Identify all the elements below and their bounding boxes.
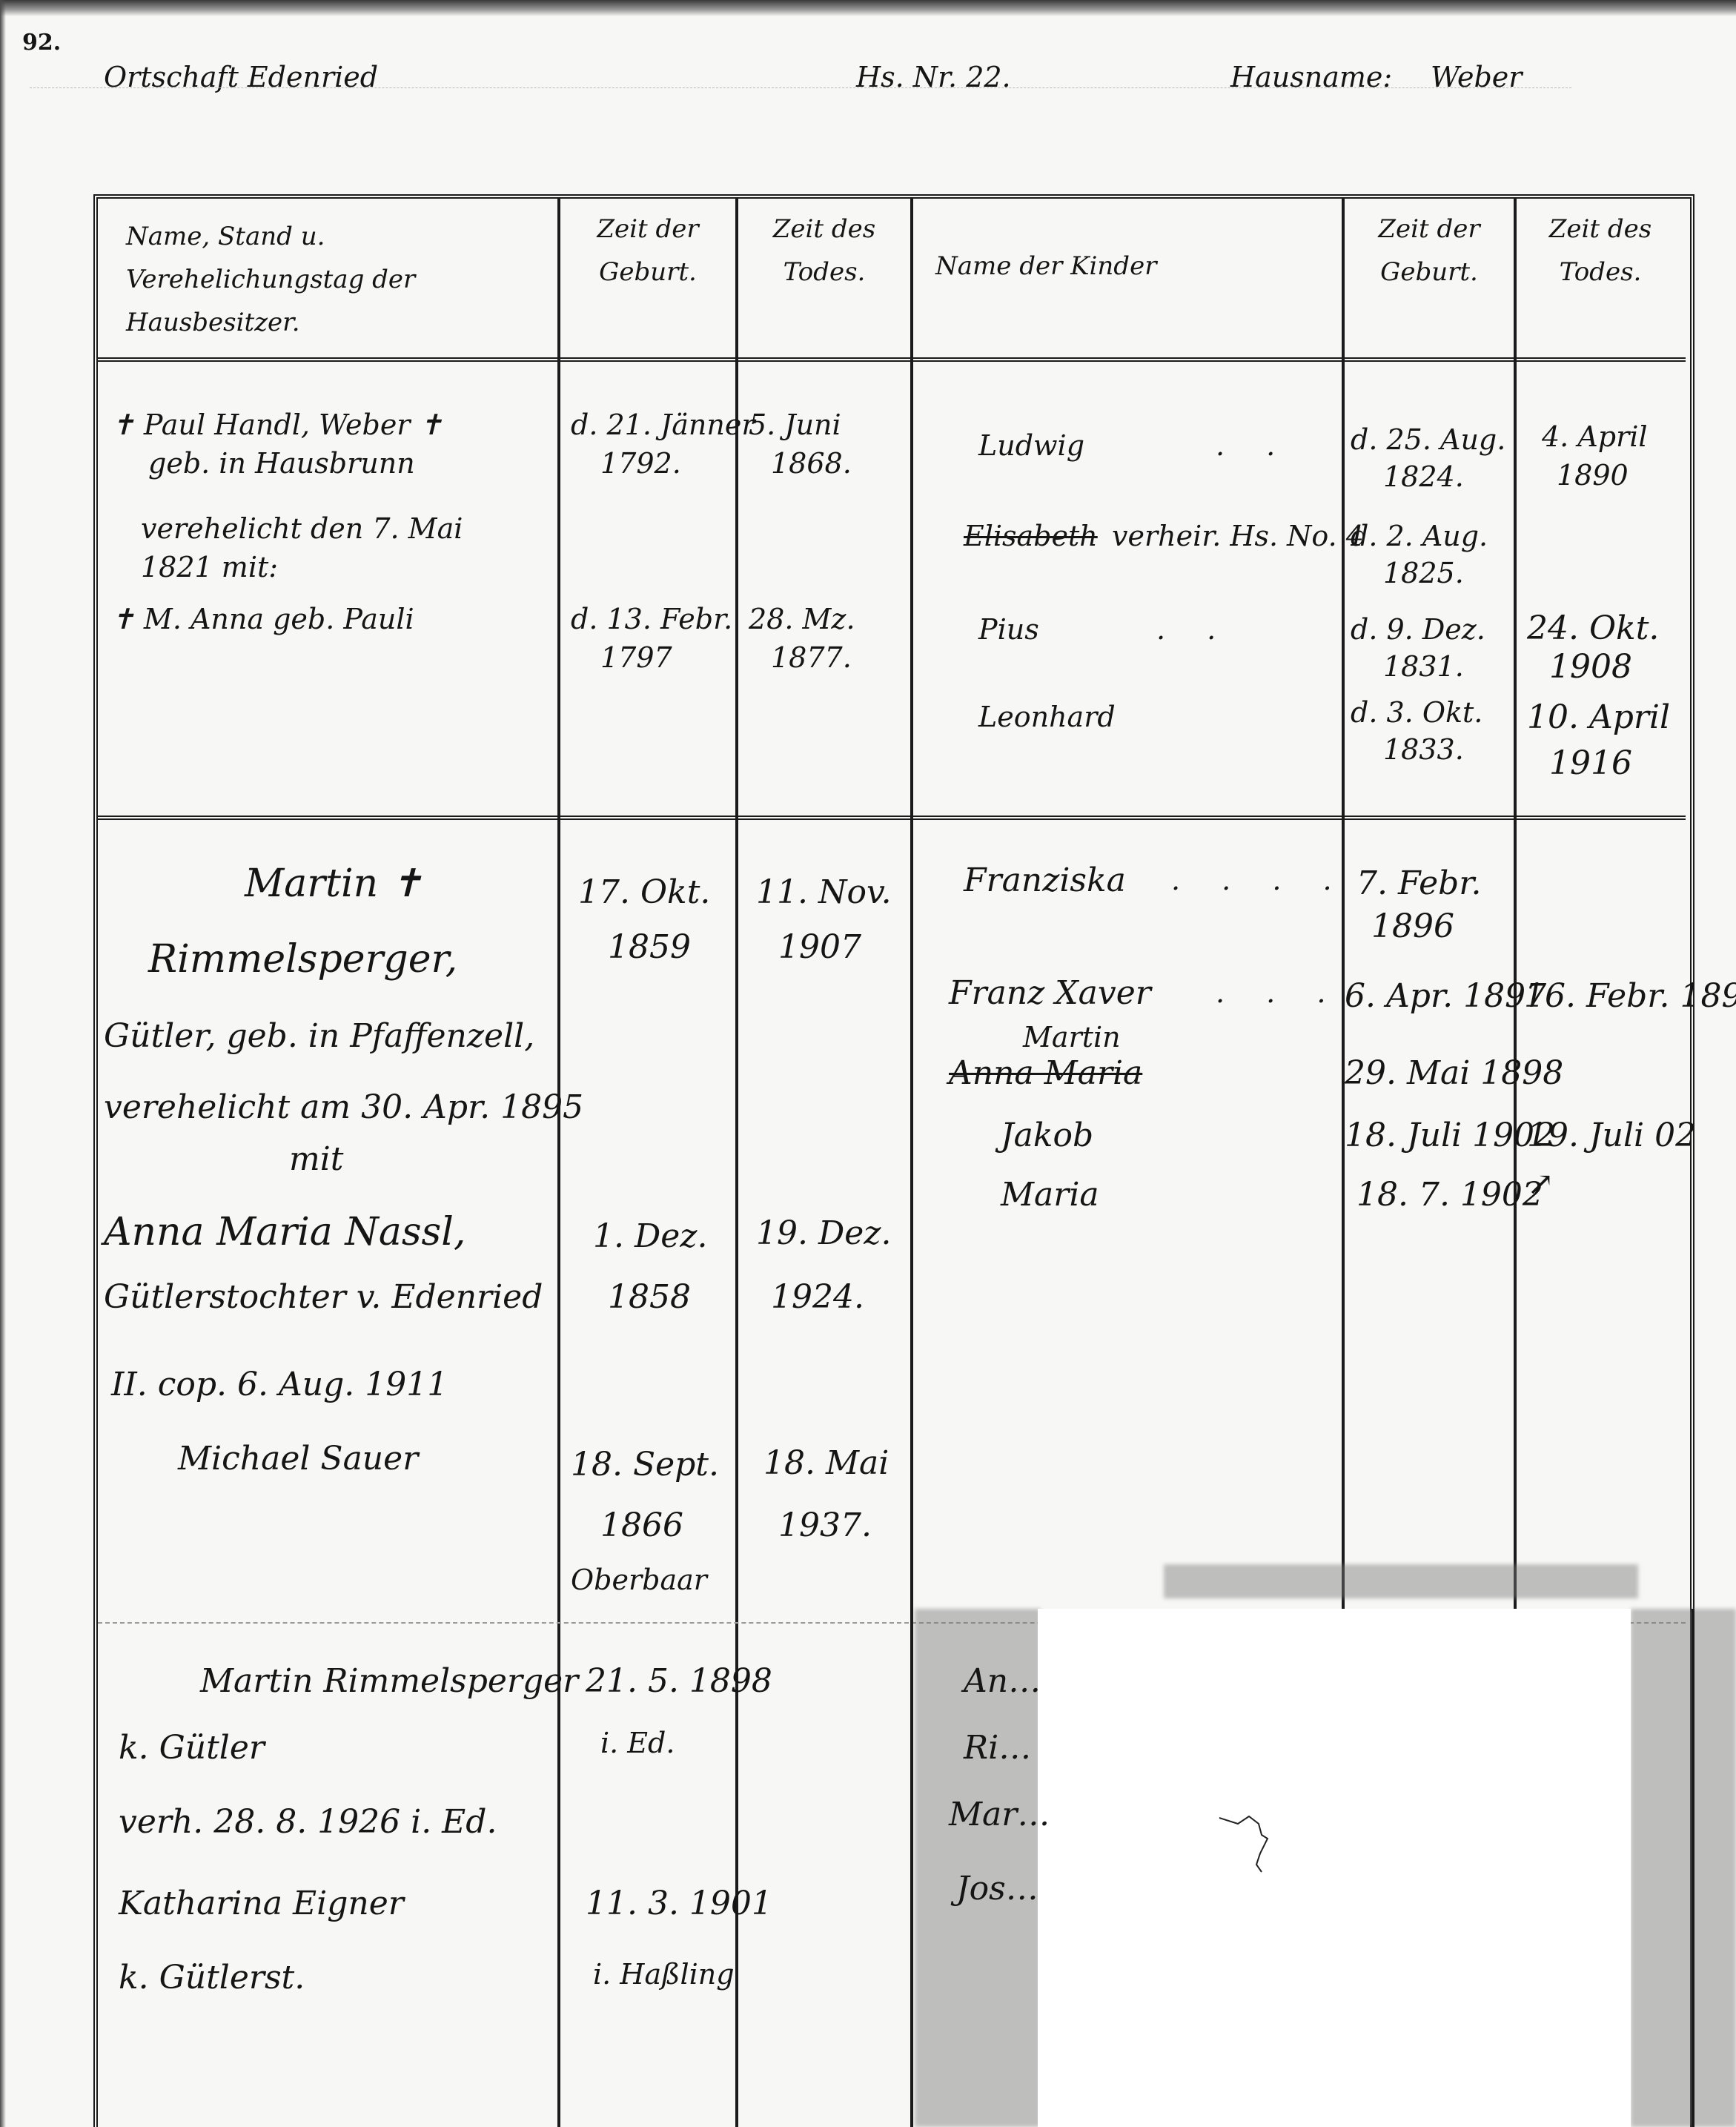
column-header-children: Name der Kinder <box>935 245 1336 288</box>
child-name-struck: Elisabeth <box>964 519 1098 555</box>
child-birth-year: 1825. <box>1383 556 1464 592</box>
owner-line: Anna Maria Nassl, <box>104 1208 466 1257</box>
owner-line: Katharina Eigner <box>119 1883 404 1924</box>
owner-line: verehelicht den 7. Mai <box>141 512 463 547</box>
spouse-birth-place: i. Haßling <box>593 1957 735 1993</box>
owner-line: k. Gütler <box>119 1727 265 1768</box>
child-name-partial: Ri… <box>964 1727 1031 1768</box>
owner-death: 19. Dez. <box>756 1213 891 1254</box>
child-death: 16. Febr. 1898. <box>1524 976 1736 1016</box>
child-dots: . . <box>1216 429 1291 464</box>
owner-line: 1821 mit: <box>141 550 278 586</box>
owner-line: Martin Rimmelsperger <box>200 1661 578 1701</box>
child-birth: d. 3. Okt. <box>1351 695 1482 731</box>
child-birth: 18. 7. 1902 <box>1356 1174 1543 1215</box>
owner-death: 18. Mai <box>763 1443 889 1483</box>
child-birth: d. 25. Aug. <box>1351 423 1505 458</box>
column-divider <box>910 199 913 1637</box>
child-death-arrow: ↗ <box>1527 1164 1554 1205</box>
owner-death-year: 1907 <box>778 927 861 967</box>
owner-line: Martin ✝ <box>245 860 423 908</box>
owner-line: mit <box>289 1139 343 1180</box>
child-birth: 6. Apr. 1897 <box>1345 976 1546 1016</box>
spouse-birth: 11. 3. 1901 <box>586 1883 772 1924</box>
child-name: Pius <box>978 612 1039 648</box>
owner-death: 28. Mz. <box>749 602 855 638</box>
child-death-year: 1908 <box>1549 646 1632 687</box>
child-name: Maria <box>1001 1174 1099 1215</box>
stray-mark <box>1216 1809 1290 1876</box>
scan-edge-left <box>0 0 6 2127</box>
covering-slip <box>1038 1609 1631 2127</box>
owner-line: verh. 28. 8. 1926 i. Ed. <box>119 1802 497 1842</box>
house-name-label: Hausname: <box>1230 61 1392 93</box>
owner-birth: 1. Dez. <box>593 1216 707 1257</box>
child-birth: d. 2. Aug. <box>1351 519 1488 555</box>
owner-line: ✝ Paul Handl, Weber ✝ <box>111 408 443 443</box>
owner-line: geb. in Hausbrunn <box>148 446 415 482</box>
child-birth: 7. Febr. <box>1356 863 1481 904</box>
child-name-partial: An… <box>964 1661 1041 1701</box>
child-dots: . . <box>1156 612 1232 648</box>
owner-line: Rimmelsperger, <box>148 936 457 984</box>
child-birth: d. 9. Dez. <box>1351 612 1485 648</box>
owner-birth: 18. Sept. <box>571 1444 719 1485</box>
child-birth: 18. Juli 1902 <box>1345 1115 1555 1156</box>
child-birth: 29. Mai 1898 <box>1345 1053 1563 1094</box>
owner-death: 5. Juni <box>749 408 841 443</box>
child-death: 24. Okt. <box>1527 608 1659 649</box>
header-rule <box>30 87 1571 88</box>
owner-death: 11. Nov. <box>756 872 892 913</box>
owner-death-year: 1924. <box>771 1277 864 1317</box>
column-header-children-death: Zeit des Todes. <box>1520 208 1681 294</box>
child-name-struck: Anna Maria <box>949 1053 1142 1094</box>
child-dots: . . . . <box>1171 863 1348 899</box>
owner-birth-year: 1792. <box>600 446 681 482</box>
child-birth-year: 1896 <box>1371 906 1454 947</box>
column-divider <box>557 199 560 2127</box>
owner-birth-year: 1858 <box>608 1277 691 1317</box>
owner-birth: 21. 5. 1898 <box>586 1661 772 1701</box>
house-name: Weber <box>1431 61 1522 93</box>
child-name: Franziska <box>964 860 1126 901</box>
column-header-owners: Name, Stand u. Verehelichungstag der Hau… <box>126 215 549 344</box>
child-name: Leonhard <box>978 700 1116 735</box>
scan-shadow <box>1631 1609 1736 2127</box>
section-rule <box>98 816 1686 820</box>
house-number: Hs. Nr. 22. <box>856 61 1011 93</box>
child-dots: . . . <box>1216 976 1342 1011</box>
scan-edge <box>0 0 1736 16</box>
column-divider <box>735 199 738 2127</box>
owner-birth-place: i. Ed. <box>600 1726 675 1762</box>
locality: Ortschaft Edenried <box>104 61 378 93</box>
child-name-partial: Jos… <box>956 1868 1038 1909</box>
owner-line: Gütler, geb. in Pfaffenzell, <box>104 1016 534 1056</box>
owner-line: II. cop. 6. Aug. 1911 <box>111 1364 448 1405</box>
child-name-correction: Martin <box>1023 1020 1121 1056</box>
owner-birth-year: 1797 <box>600 641 672 676</box>
child-death-year: 1890 <box>1557 458 1629 494</box>
owner-line: Michael Sauer <box>178 1438 418 1479</box>
owner-death-year: 1868. <box>771 446 852 482</box>
owner-line: k. Gütlerst. <box>119 1957 305 1998</box>
child-name: Jakob <box>1001 1115 1093 1156</box>
column-divider <box>1514 199 1517 1637</box>
owner-death-year: 1937. <box>778 1505 872 1546</box>
owner-birth: 17. Okt. <box>578 872 710 913</box>
child-name: Ludwig <box>978 429 1084 464</box>
child-death: 19. Juli 02 <box>1527 1115 1696 1156</box>
child-birth-year: 1824. <box>1383 460 1464 495</box>
child-name: Franz Xaver <box>949 973 1151 1013</box>
column-divider <box>1342 199 1345 1637</box>
child-name-partial: Mar… <box>949 1794 1050 1835</box>
scan-shadow <box>1164 1564 1638 1598</box>
owner-death-year: 1877. <box>771 641 852 676</box>
owner-birth-year: 1859 <box>608 927 691 967</box>
owner-birth: d. 21. Jänner <box>571 408 755 443</box>
owner-line: verehelicht am 30. Apr. 1895 <box>104 1087 583 1128</box>
child-death: 10. April <box>1527 697 1670 738</box>
column-divider <box>910 1609 913 2127</box>
child-death-year: 1916 <box>1549 743 1632 784</box>
column-divider <box>1692 1609 1694 2127</box>
column-header-children-birth: Zeit der Geburt. <box>1348 208 1511 294</box>
child-birth-year: 1833. <box>1383 732 1464 768</box>
header-row-rule <box>98 357 1686 362</box>
column-header-owners-death: Zeit des Todes. <box>741 208 907 294</box>
child-death: 4. April <box>1542 420 1648 455</box>
owner-line: Gütlerstochter v. Edenried <box>104 1277 543 1317</box>
owner-line: ✝ M. Anna geb. Pauli <box>111 602 414 638</box>
owner-birth: d. 13. Febr. <box>571 602 732 638</box>
owner-birth-place: Oberbaar <box>571 1563 707 1598</box>
column-header-owners-birth: Zeit der Geburt. <box>563 208 732 294</box>
child-birth-year: 1831. <box>1383 649 1464 685</box>
page-number: 92. <box>22 30 61 56</box>
owner-birth-year: 1866 <box>600 1505 683 1546</box>
child-note: verheir. Hs. No. 4 <box>1112 519 1364 555</box>
